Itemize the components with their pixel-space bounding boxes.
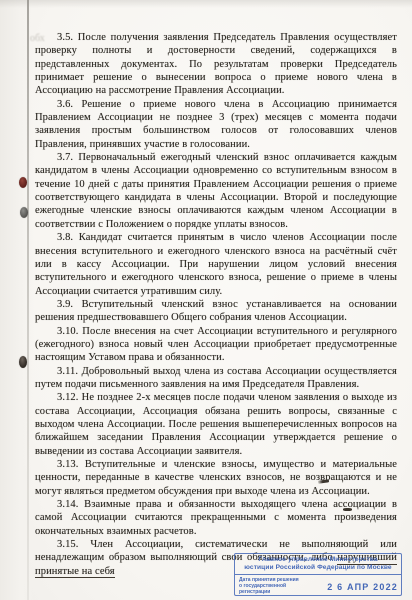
binding-hole-dot-red — [19, 177, 27, 188]
paragraph-3-14: 3.14. Взаимные права и обязанности выход… — [35, 498, 397, 538]
ink-smudge-mark — [343, 508, 352, 511]
ministry-registration-stamp: Главное управление Министерства юстиции … — [234, 553, 402, 596]
stamp-date-label: Дата принятия решения о государственной … — [239, 577, 327, 596]
binding-hole-dot-gray — [20, 207, 28, 218]
paragraph-3-5: 3.5. После получения заявления Председат… — [35, 31, 397, 98]
paragraph-3-9: 3.9. Вступительный членский взнос устана… — [35, 298, 397, 325]
binding-hole-dot-dark — [19, 356, 27, 368]
paragraph-3-13: 3.13. Вступительные и членские взносы, и… — [35, 458, 397, 498]
charter-text-block: 3.5. После получения заявления Председат… — [35, 31, 397, 578]
paragraph-3-10: 3.10. После внесения на счет Ассоциации … — [35, 325, 397, 365]
paragraph-3-11: 3.11. Добровольный выход члена из состав… — [35, 365, 397, 392]
stamp-bottom-row: Дата принятия решения о государственной … — [235, 575, 401, 596]
paragraph-3-12: 3.12. Не позднее 2-х месяцев после подач… — [35, 391, 397, 458]
stamp-date-value: 2 6 АПР 2022 — [327, 582, 398, 596]
stamp-authority-line2: юстиции Российской Федерации по Москве — [235, 564, 401, 572]
paragraph-3-6: 3.6. Решение о приеме нового члена в Асс… — [35, 98, 397, 151]
paragraph-3-8: 3.8. Кандидат считается принятым в число… — [35, 231, 397, 298]
stamp-authority-line1: Главное управление Министерства — [235, 554, 401, 564]
page-edge-line — [27, 0, 29, 600]
stamp-date-label-line3: регистрации — [239, 589, 327, 595]
scanned-document-page: обх 3.5. После получения заявления Предс… — [0, 0, 412, 600]
paragraph-3-7: 3.7. Первоначальный ежегодный членский в… — [35, 151, 397, 231]
